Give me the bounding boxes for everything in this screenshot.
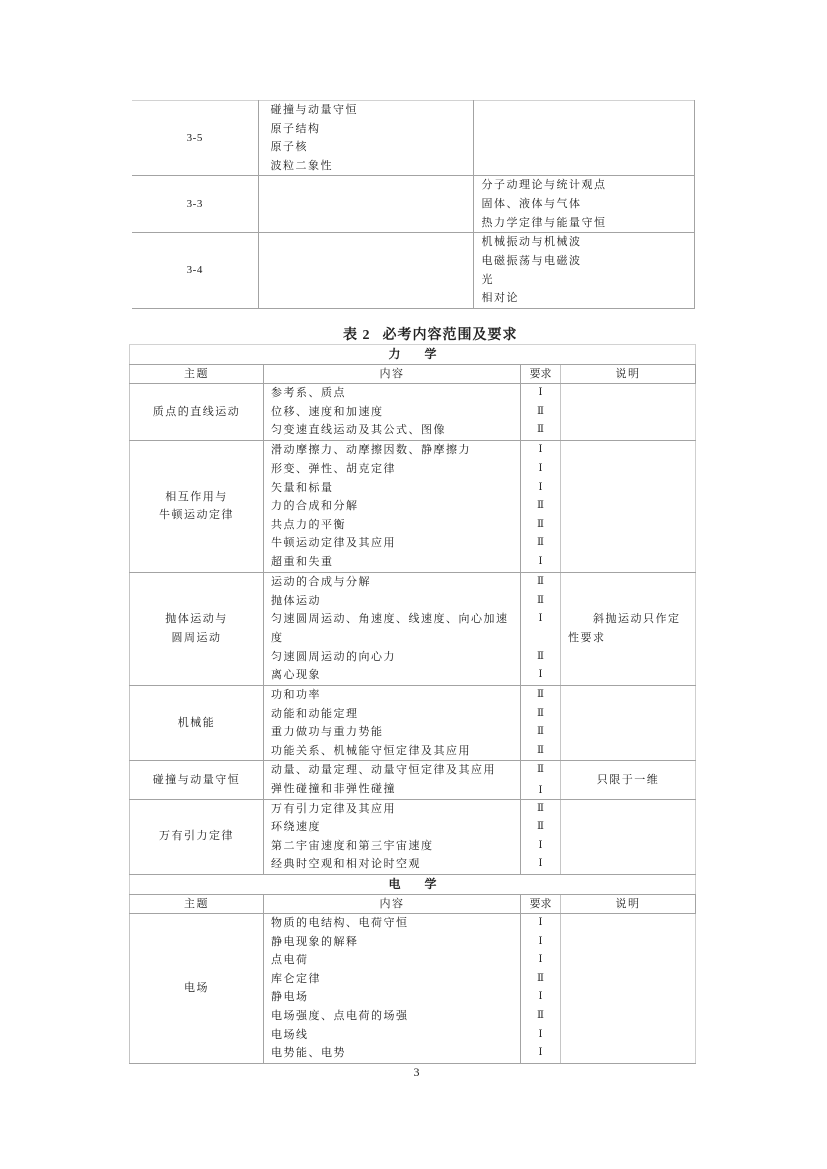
requirement-level: Ⅱ <box>521 742 560 761</box>
content-item: 功能关系、机械能守恒定律及其应用 <box>271 742 510 761</box>
content-item: 电场强度、点电荷的场强 <box>271 1007 510 1026</box>
content-item: 牛顿运动定律及其应用 <box>271 534 510 553</box>
section-title: 力 学 <box>130 345 696 365</box>
content-item: 弹性碰撞和非弹性碰撞 <box>271 780 510 799</box>
content-item: 原子结构 <box>271 120 473 139</box>
content-item: 静电场 <box>271 988 510 1007</box>
content-cell: 碰撞与动量守恒 原子结构 原子核 波粒二象性 <box>258 101 473 176</box>
topic-label: 牛顿运动定律 <box>130 506 263 525</box>
requirement-level: Ⅰ <box>521 610 560 647</box>
content-item: 匀速圆周运动的向心力 <box>271 648 510 667</box>
requirement-level: Ⅱ <box>521 592 560 611</box>
module-label: 3-3 <box>187 198 203 210</box>
document-page: 3-5 碰撞与动量守恒 原子结构 原子核 波粒二象性 3-3 分子动理论与统计观… <box>0 0 827 1169</box>
column-header-row: 主题 内容 要求 说明 <box>130 364 696 384</box>
column-header-content: 内容 <box>264 364 521 384</box>
topic-label: 机械能 <box>130 714 263 733</box>
column-header-content: 内容 <box>264 894 521 914</box>
requirement-level: Ⅱ <box>521 970 560 989</box>
requirement-level: Ⅱ <box>521 800 560 819</box>
requirement-level: Ⅰ <box>521 1026 560 1045</box>
requirement-cell: Ⅰ Ⅰ Ⅰ Ⅱ Ⅰ Ⅱ Ⅰ Ⅰ <box>521 914 561 1064</box>
table-row: 3-4 机械振动与机械波 电磁振荡与电磁波 光 相对论 <box>132 233 694 308</box>
section-header-row: 力 学 <box>130 345 696 365</box>
requirement-level: Ⅰ <box>521 1044 560 1063</box>
column-header-requirement: 要求 <box>521 364 561 384</box>
content-item: 分子动理论与统计观点 <box>482 176 694 195</box>
topic-cell: 电场 <box>130 914 264 1064</box>
requirement-cell: Ⅱ Ⅱ Ⅰ Ⅰ <box>521 799 561 874</box>
content-item: 滑动摩擦力、动摩擦因数、静摩擦力 <box>271 441 510 460</box>
requirement-level: Ⅱ <box>521 686 560 705</box>
module-cell: 3-5 <box>132 101 258 176</box>
note-cell <box>561 914 696 1064</box>
content-item: 电势能、电势 <box>271 1044 510 1063</box>
module-label: 3-5 <box>187 132 203 144</box>
table-row: 抛体运动与 圆周运动 运动的合成与分解 抛体运动 匀速圆周运动、角速度、线速度、… <box>130 572 696 685</box>
content-item: 点电荷 <box>271 951 510 970</box>
topic-cell: 质点的直线运动 <box>130 384 264 441</box>
content-item: 参考系、质点 <box>271 384 510 403</box>
content-item: 电磁振荡与电磁波 <box>482 252 694 271</box>
column-header-note: 说明 <box>561 894 696 914</box>
requirement-level: Ⅱ <box>521 534 560 553</box>
requirement-level: Ⅱ <box>521 705 560 724</box>
content-cell: 万有引力定律及其应用 环绕速度 第二宇宙速度和第三宇宙速度 经典时空观和相对论时… <box>264 799 521 874</box>
content-cell: 滑动摩擦力、动摩擦因数、静摩擦力 形变、弹性、胡克定律 矢量和标量 力的合成和分… <box>264 440 521 572</box>
content-cell <box>258 233 473 308</box>
content-cell: 物质的电结构、电荷守恒 静电现象的解释 点电荷 库仑定律 静电场 电场强度、点电… <box>264 914 521 1064</box>
topic-label: 抛体运动与 <box>130 610 263 629</box>
requirement-level: Ⅰ <box>521 666 560 685</box>
content-item: 超重和失重 <box>271 553 510 572</box>
requirement-cell: Ⅱ Ⅱ Ⅰ Ⅱ Ⅰ <box>521 572 561 685</box>
requirement-level: Ⅰ <box>521 782 560 801</box>
note-cell <box>561 685 696 760</box>
table-row: 相互作用与 牛顿运动定律 滑动摩擦力、动摩擦因数、静摩擦力 形变、弹性、胡克定律… <box>130 440 696 572</box>
table-row: 万有引力定律 万有引力定律及其应用 环绕速度 第二宇宙速度和第三宇宙速度 经典时… <box>130 799 696 874</box>
requirement-level: Ⅱ <box>521 573 560 592</box>
content-item: 匀速圆周运动、角速度、线速度、向心加速度 <box>271 610 510 647</box>
table-row: 质点的直线运动 参考系、质点 位移、速度和加速度 匀变速直线运动及其公式、图像 … <box>130 384 696 441</box>
content-item: 动量、动量定理、动量守恒定律及其应用 <box>271 761 510 780</box>
requirement-cell: Ⅱ Ⅰ <box>521 761 561 799</box>
content-item: 环绕速度 <box>271 818 510 837</box>
caption-label: 表 2 <box>343 328 371 343</box>
requirement-level: Ⅱ <box>521 818 560 837</box>
column-header-note: 说明 <box>561 364 696 384</box>
requirement-level: Ⅱ <box>521 403 560 422</box>
content-item: 动能和动能定理 <box>271 705 510 724</box>
page-number: 3 <box>0 1064 827 1080</box>
content-item: 万有引力定律及其应用 <box>271 800 510 819</box>
content-cell: 动量、动量定理、动量守恒定律及其应用 弹性碰撞和非弹性碰撞 <box>264 761 521 799</box>
required-content-table: 力 学 主题 内容 要求 说明 质点的直线运动 参考系、质点 位移、速度和加速度… <box>129 344 696 1064</box>
note-cell <box>561 384 696 441</box>
content-item: 形变、弹性、胡克定律 <box>271 460 510 479</box>
topic-label: 电场 <box>130 979 263 998</box>
requirement-level: Ⅰ <box>521 837 560 856</box>
topic-cell: 抛体运动与 圆周运动 <box>130 572 264 685</box>
column-header-topic: 主题 <box>130 364 264 384</box>
content-cell: 分子动理论与统计观点 固体、液体与气体 热力学定律与能量守恒 <box>473 176 694 233</box>
table-row: 碰撞与动量守恒 动量、动量定理、动量守恒定律及其应用 弹性碰撞和非弹性碰撞 Ⅱ … <box>130 761 696 799</box>
content-cell: 功和功率 动能和动能定理 重力做功与重力势能 功能关系、机械能守恒定律及其应用 <box>264 685 521 760</box>
column-header-row: 主题 内容 要求 说明 <box>130 894 696 914</box>
note-cell <box>561 440 696 572</box>
content-item: 矢量和标量 <box>271 479 510 498</box>
requirement-cell: Ⅱ Ⅱ Ⅱ Ⅱ <box>521 685 561 760</box>
requirement-level: Ⅱ <box>521 516 560 535</box>
requirement-level: Ⅱ <box>521 761 560 780</box>
requirement-level: Ⅱ <box>521 497 560 516</box>
topic-cell: 机械能 <box>130 685 264 760</box>
section-title: 电 学 <box>130 874 696 894</box>
content-item: 重力做功与重力势能 <box>271 723 510 742</box>
content-cell: 运动的合成与分解 抛体运动 匀速圆周运动、角速度、线速度、向心加速度 匀速圆周运… <box>264 572 521 685</box>
topic-cell: 碰撞与动量守恒 <box>130 761 264 799</box>
column-header-topic: 主题 <box>130 894 264 914</box>
content-item: 功和功率 <box>271 686 510 705</box>
requirement-level: Ⅰ <box>521 988 560 1007</box>
table-row: 电场 物质的电结构、电荷守恒 静电现象的解释 点电荷 库仑定律 静电场 电场强度… <box>130 914 696 1064</box>
topic-label: 碰撞与动量守恒 <box>130 771 263 790</box>
content-item: 电场线 <box>271 1026 510 1045</box>
elective-modules-table: 3-5 碰撞与动量守恒 原子结构 原子核 波粒二象性 3-3 分子动理论与统计观… <box>132 100 695 309</box>
requirement-level: Ⅰ <box>521 855 560 874</box>
requirement-level: Ⅰ <box>521 933 560 952</box>
content-item: 热力学定律与能量守恒 <box>482 214 694 233</box>
content-item: 第二宇宙速度和第三宇宙速度 <box>271 837 510 856</box>
requirement-level: Ⅰ <box>521 460 560 479</box>
content-item: 原子核 <box>271 138 473 157</box>
content-item: 共点力的平衡 <box>271 516 510 535</box>
content-item: 力的合成和分解 <box>271 497 510 516</box>
content-item: 波粒二象性 <box>271 157 473 176</box>
content-item: 物质的电结构、电荷守恒 <box>271 914 510 933</box>
content-cell <box>473 101 694 176</box>
table-row: 3-3 分子动理论与统计观点 固体、液体与气体 热力学定律与能量守恒 <box>132 176 694 233</box>
requirement-level: Ⅰ <box>521 384 560 403</box>
topic-label: 圆周运动 <box>130 629 263 648</box>
table-row: 机械能 功和功率 动能和动能定理 重力做功与重力势能 功能关系、机械能守恒定律及… <box>130 685 696 760</box>
content-cell <box>258 176 473 233</box>
topic-cell: 万有引力定律 <box>130 799 264 874</box>
content-item: 静电现象的解释 <box>271 933 510 952</box>
content-item: 抛体运动 <box>271 592 510 611</box>
requirement-cell: Ⅰ Ⅱ Ⅱ <box>521 384 561 441</box>
content-item: 离心现象 <box>271 666 510 685</box>
module-cell: 3-3 <box>132 176 258 233</box>
content-item: 匀变速直线运动及其公式、图像 <box>271 421 510 440</box>
requirement-level: Ⅱ <box>521 421 560 440</box>
note-cell <box>561 799 696 874</box>
requirement-level: Ⅰ <box>521 553 560 572</box>
topic-label: 万有引力定律 <box>130 827 263 846</box>
column-header-requirement: 要求 <box>521 894 561 914</box>
requirement-level: Ⅱ <box>521 1007 560 1026</box>
requirement-level: Ⅰ <box>521 479 560 498</box>
content-item: 机械振动与机械波 <box>482 233 694 252</box>
topic-label: 质点的直线运动 <box>130 403 263 422</box>
requirement-level: Ⅱ <box>521 723 560 742</box>
module-cell: 3-4 <box>132 233 258 308</box>
content-item: 位移、速度和加速度 <box>271 403 510 422</box>
content-cell: 参考系、质点 位移、速度和加速度 匀变速直线运动及其公式、图像 <box>264 384 521 441</box>
note-cell: 只限于一维 <box>561 761 696 799</box>
requirement-level: Ⅰ <box>521 951 560 970</box>
requirement-level: Ⅰ <box>521 441 560 460</box>
content-item: 经典时空观和相对论时空观 <box>271 855 510 874</box>
topic-label: 相互作用与 <box>130 488 263 507</box>
requirement-level: Ⅱ <box>521 648 560 667</box>
table-row: 3-5 碰撞与动量守恒 原子结构 原子核 波粒二象性 <box>132 101 694 176</box>
table-caption: 表 2必考内容范围及要求 <box>343 327 518 345</box>
content-cell: 机械振动与机械波 电磁振荡与电磁波 光 相对论 <box>473 233 694 308</box>
topic-cell: 相互作用与 牛顿运动定律 <box>130 440 264 572</box>
requirement-level: Ⅰ <box>521 914 560 933</box>
note-cell: 斜抛运动只作定性要求 <box>561 572 696 685</box>
content-item: 运动的合成与分解 <box>271 573 510 592</box>
content-item: 相对论 <box>482 289 694 308</box>
module-label: 3-4 <box>187 264 203 276</box>
section-header-row: 电 学 <box>130 874 696 894</box>
requirement-cell: Ⅰ Ⅰ Ⅰ Ⅱ Ⅱ Ⅱ Ⅰ <box>521 440 561 572</box>
content-item: 库仑定律 <box>271 970 510 989</box>
content-item: 光 <box>482 271 694 290</box>
content-item: 固体、液体与气体 <box>482 195 694 214</box>
caption-title: 必考内容范围及要求 <box>383 328 518 343</box>
content-item: 碰撞与动量守恒 <box>271 101 473 120</box>
